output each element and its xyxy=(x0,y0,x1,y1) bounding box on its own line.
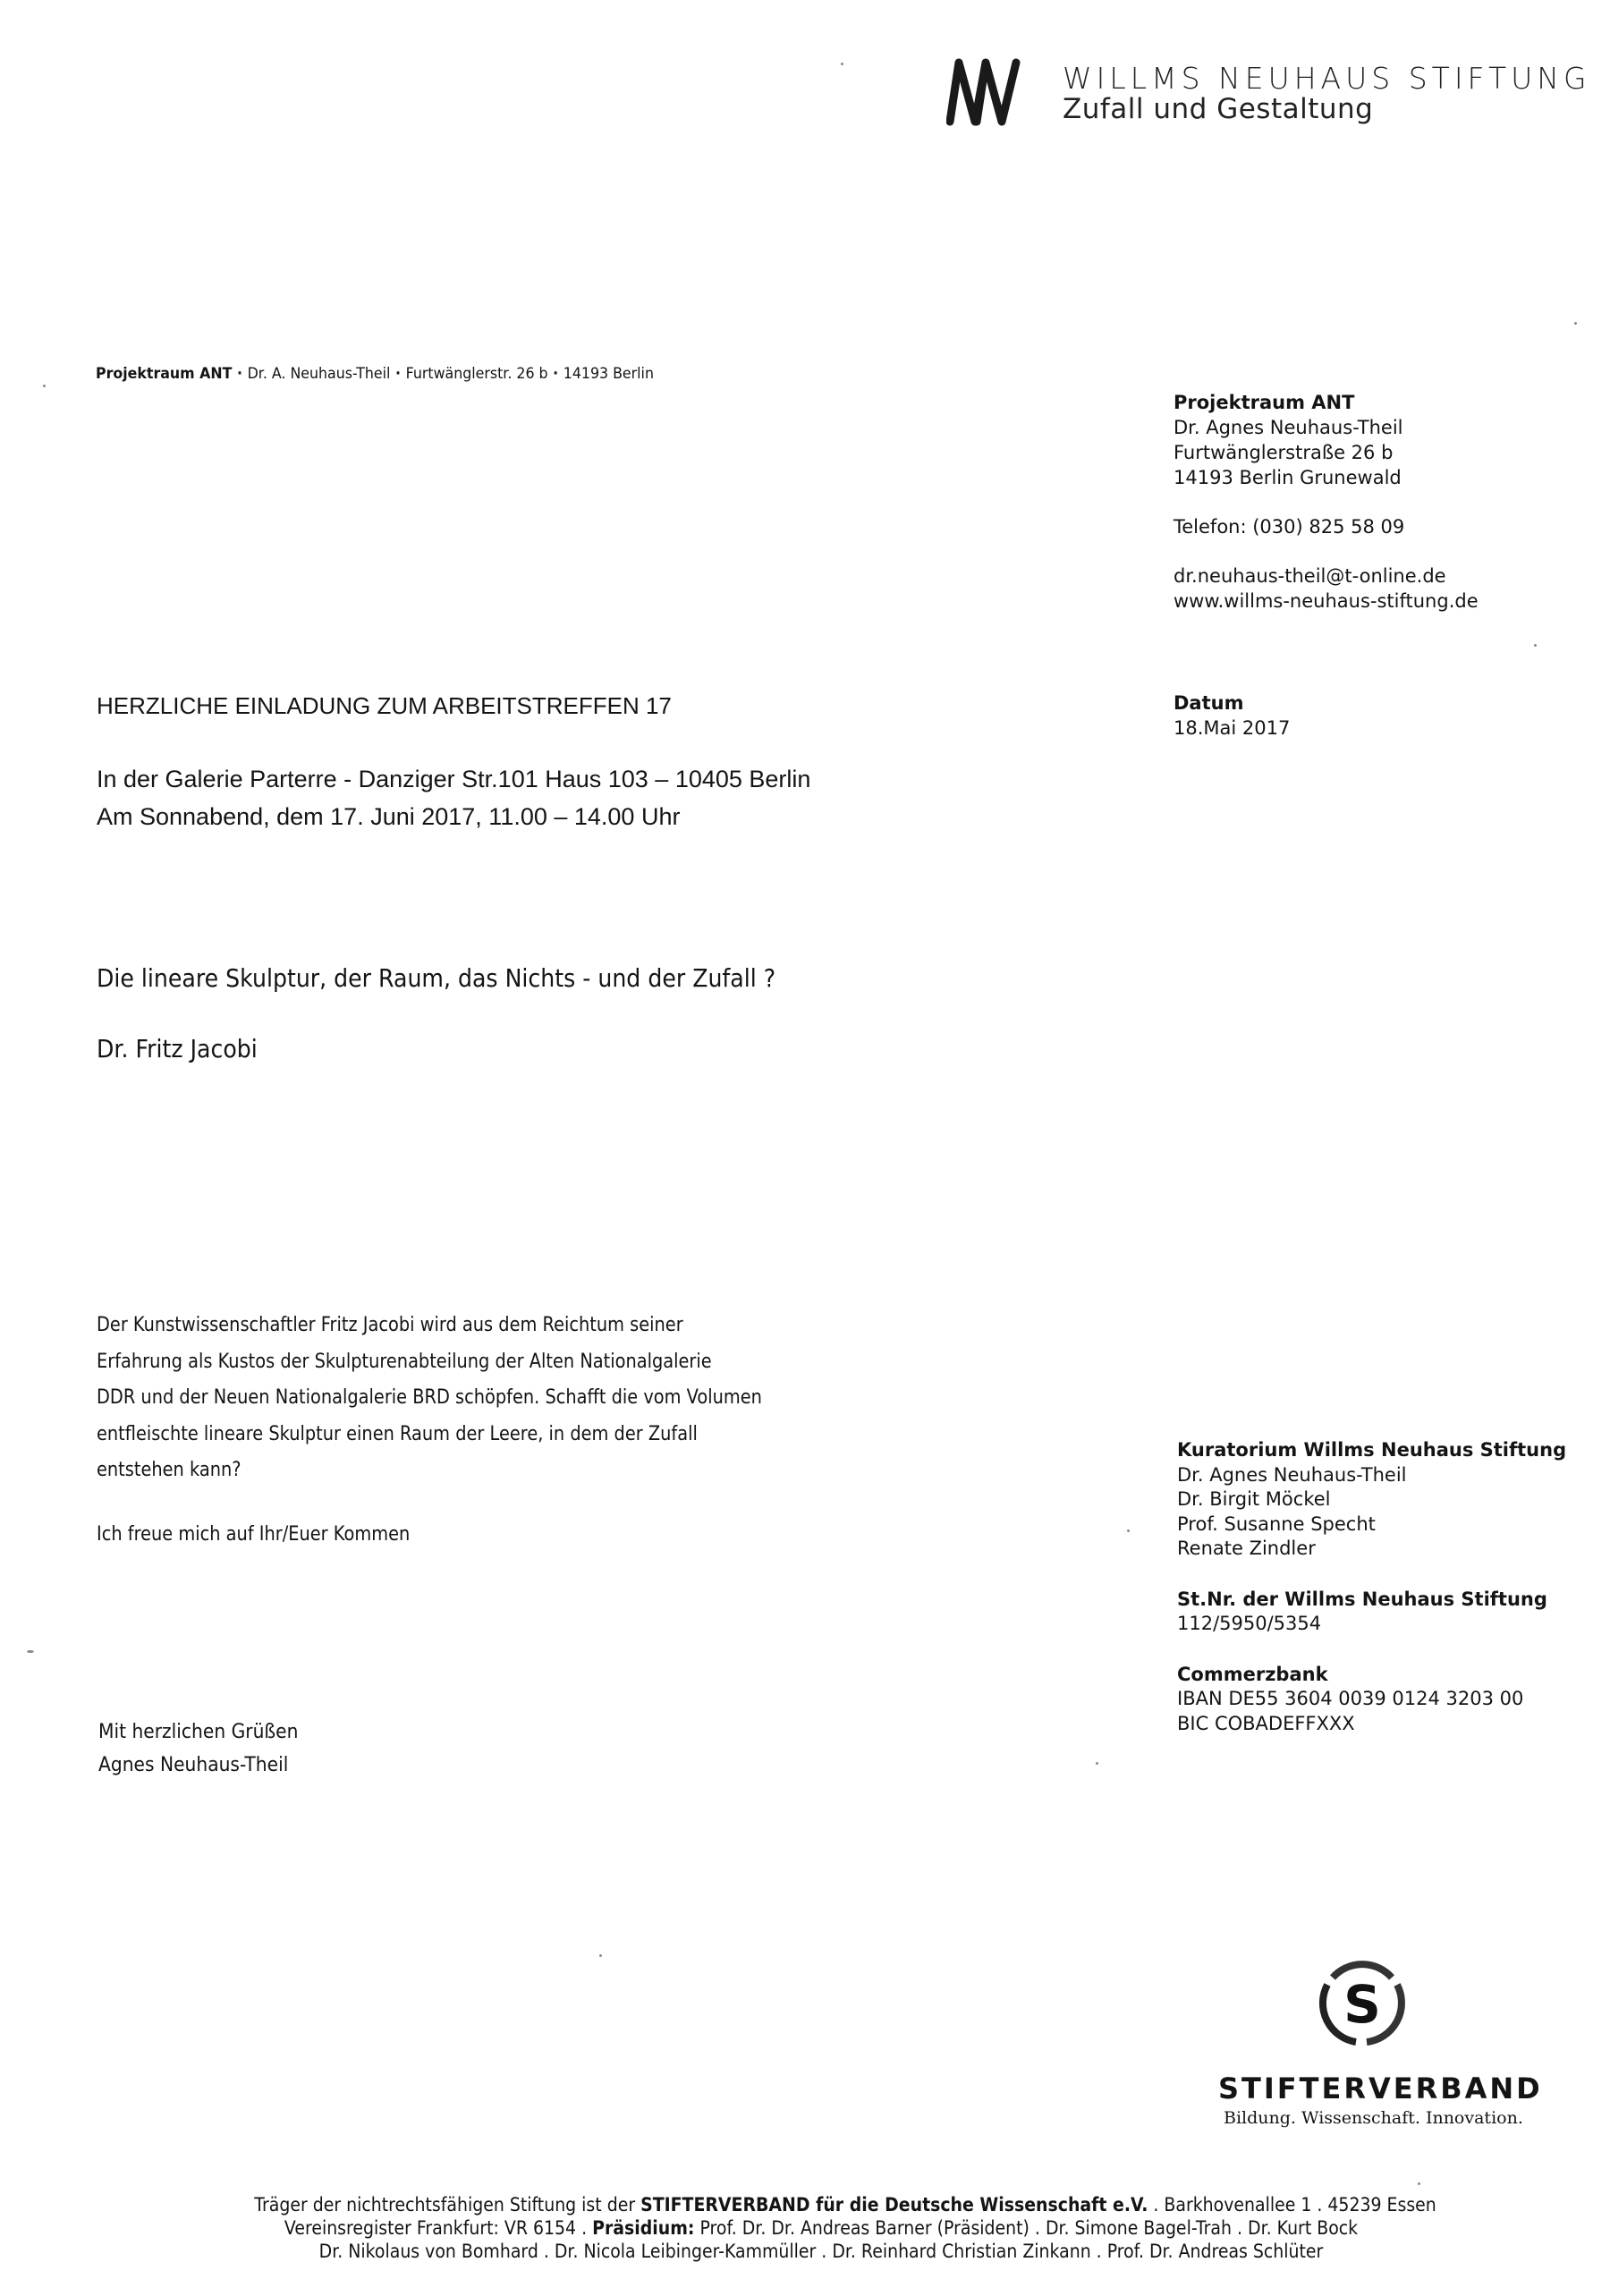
board-title: Kuratorium Willms Neuhaus Stiftung xyxy=(1177,1438,1566,1463)
board-info-block: Kuratorium Willms Neuhaus Stiftung Dr. A… xyxy=(1177,1438,1566,1736)
body-line: Erfahrung als Kustos der Skulpturenabtei… xyxy=(97,1344,805,1381)
contact-street: Furtwänglerstraße 26 b xyxy=(1174,440,1479,465)
contact-person: Dr. Agnes Neuhaus-Theil xyxy=(1174,415,1479,440)
bank-name: Commerzbank xyxy=(1177,1663,1566,1688)
tax-number: 112/5950/5354 xyxy=(1177,1612,1566,1637)
tax-label: St.Nr. der Willms Neuhaus Stiftung xyxy=(1177,1588,1566,1613)
body-line: entfleischte lineare Skulptur einen Raum… xyxy=(97,1417,805,1453)
contact-email[interactable]: dr.neuhaus-theil@t-online.de xyxy=(1174,563,1479,589)
sender-city: 14193 Berlin xyxy=(563,365,654,383)
date-label: Datum xyxy=(1174,690,1290,716)
sender-street: Furtwänglerstr. 26 b xyxy=(406,365,548,383)
board-member: Dr. Birgit Möckel xyxy=(1177,1487,1566,1512)
contact-phone: Telefon: (030) 825 58 09 xyxy=(1174,514,1479,539)
stifterverband-name: STIFTERVERBAND xyxy=(1218,2071,1543,2105)
organization-tagline: Zufall und Gestaltung xyxy=(1063,93,1373,125)
contact-name: Projektraum ANT xyxy=(1174,390,1479,415)
date-value: 18.Mai 2017 xyxy=(1174,716,1290,741)
board-member: Prof. Susanne Specht xyxy=(1177,1512,1566,1538)
sender-org: Projektraum ANT xyxy=(96,365,232,383)
footer-line-2: Vereinsregister Frankfurt: VR 6154 . Prä… xyxy=(97,2216,1546,2240)
signature-block: Mit herzlichen Grüßen Agnes Neuhaus-Thei… xyxy=(98,1716,298,1782)
contact-website[interactable]: www.willms-neuhaus-stiftung.de xyxy=(1174,589,1479,614)
bank-bic: BIC COBADEFFXXX xyxy=(1177,1712,1566,1737)
invitation-title: HERZLICHE EINLADUNG ZUM ARBEITSTREFFEN 1… xyxy=(97,692,672,720)
svg-text:S: S xyxy=(1343,1974,1381,2035)
greeting: Mit herzlichen Grüßen xyxy=(98,1716,298,1749)
body-paragraph: Der Kunstwissenschaftler Fritz Jacobi wi… xyxy=(97,1308,805,1489)
sender-person: Dr. A. Neuhaus-Theil xyxy=(248,365,391,383)
lecture-topic: Die lineare Skulptur, der Raum, das Nich… xyxy=(97,963,775,993)
footer-line-1: Träger der nichtrechtsfähigen Stiftung i… xyxy=(121,2193,1570,2216)
contact-city: 14193 Berlin Grunewald xyxy=(1174,465,1479,490)
date-block: Datum 18.Mai 2017 xyxy=(1174,690,1290,741)
lecture-speaker: Dr. Fritz Jacobi xyxy=(97,1034,258,1063)
board-member: Dr. Agnes Neuhaus-Theil xyxy=(1177,1463,1566,1488)
invitation-datetime: Am Sonnabend, dem 17. Juni 2017, 11.00 –… xyxy=(97,803,680,831)
stifterverband-tagline: Bildung. Wissenschaft. Innovation. xyxy=(1224,2108,1523,2128)
contact-block: Projektraum ANT Dr. Agnes Neuhaus-Theil … xyxy=(1174,390,1479,614)
closing-sentence: Ich freue mich auf Ihr/Euer Kommen xyxy=(97,1523,410,1546)
sender-return-line: Projektraum ANT·Dr. A. Neuhaus-Theil·Fur… xyxy=(96,365,654,383)
body-line: DDR und der Neuen Nationalgalerie BRD sc… xyxy=(97,1380,805,1417)
bank-iban: IBAN DE55 3604 0039 0124 3203 00 xyxy=(1177,1687,1566,1712)
body-line: entstehen kann? xyxy=(97,1453,805,1489)
legal-footer: Träger der nichtrechtsfähigen Stiftung i… xyxy=(0,2193,1610,2263)
board-member: Renate Zindler xyxy=(1177,1537,1566,1562)
stifterverband-s-icon: S xyxy=(1313,1954,1411,2053)
organization-name: WILLMS NEUHAUS STIFTUNG xyxy=(1063,61,1591,96)
body-line: Der Kunstwissenschaftler Fritz Jacobi wi… xyxy=(97,1308,805,1344)
signatory-name: Agnes Neuhaus-Theil xyxy=(98,1749,298,1782)
invitation-location: In der Galerie Parterre - Danziger Str.1… xyxy=(97,766,810,793)
wn-monogram-icon xyxy=(946,55,1045,127)
footer-line-3: Dr. Nikolaus von Bomhard . Dr. Nicola Le… xyxy=(97,2240,1546,2263)
